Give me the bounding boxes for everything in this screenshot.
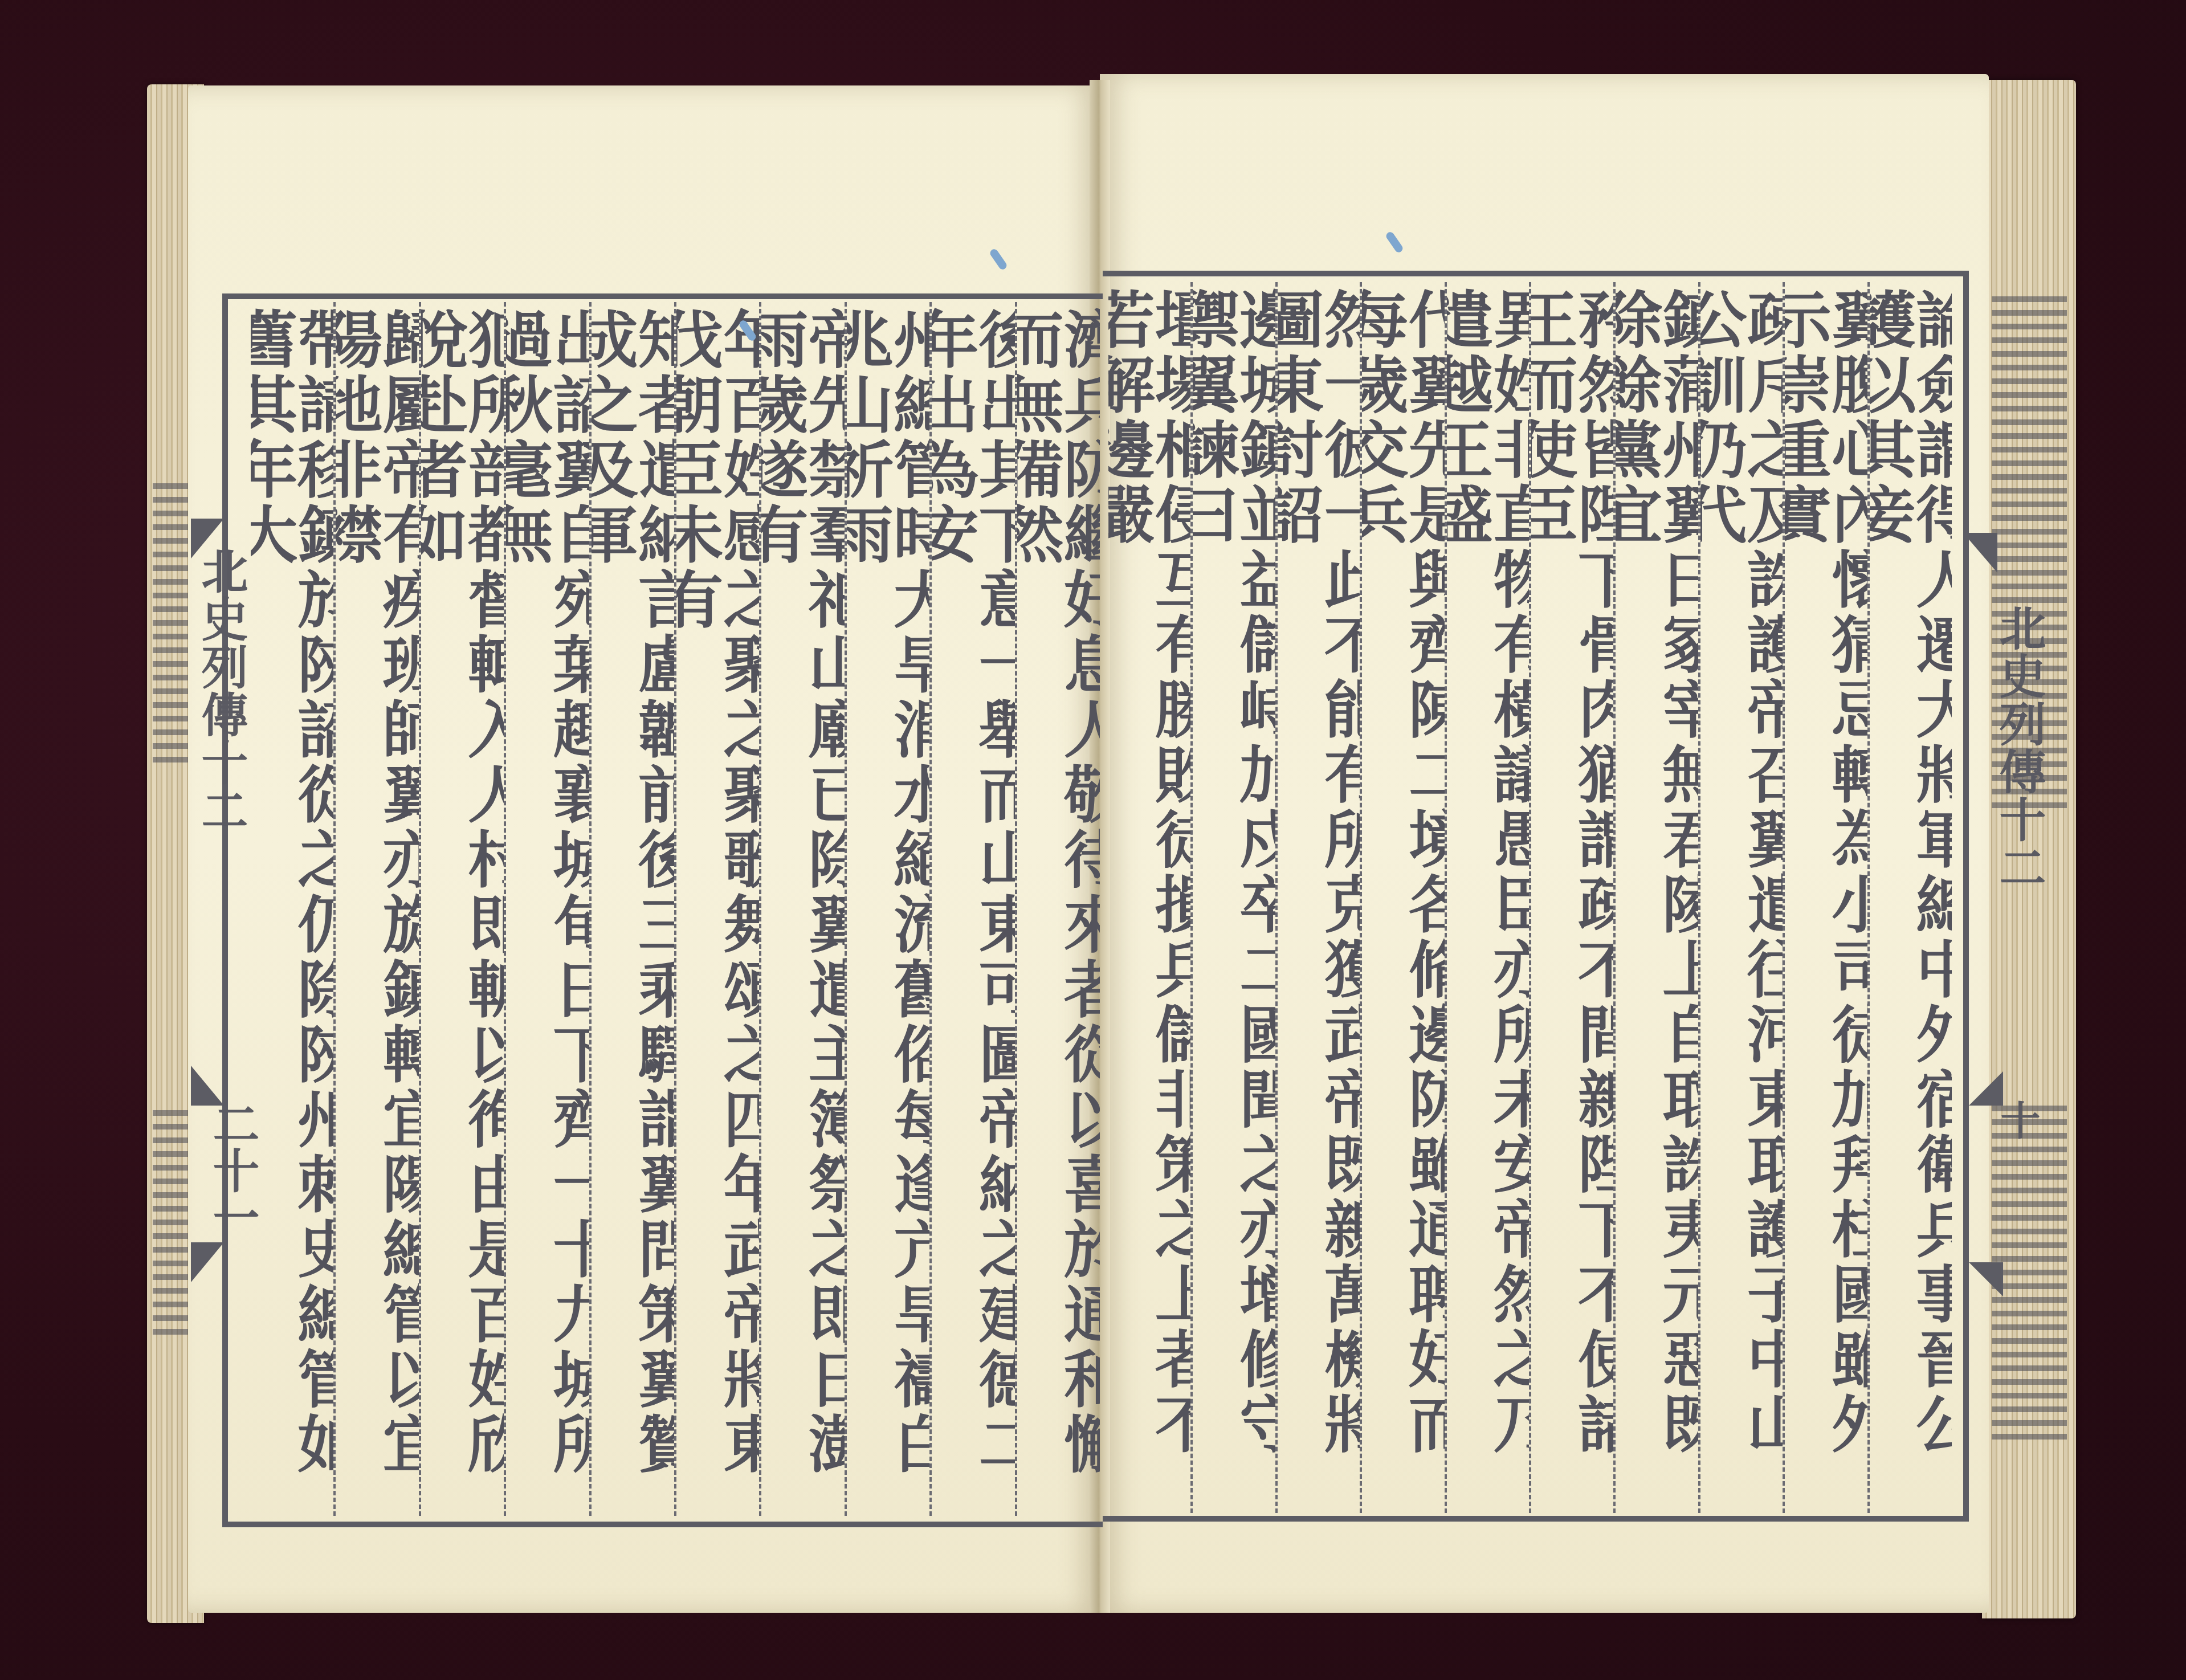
text-column: 出詔翼自宛葉趣襄城旬日下齊一十九城所過秋毫無 [504,302,589,1516]
right-page-number: 十 [1989,1100,2046,1140]
text-column: 然一彼一此不能有所克獲武帝既親萬機將圖東討詔 [1275,282,1360,1513]
text-column: 知者遣納言盧韞前後三乘驛詣翼問策翼贊成之及軍 [589,302,674,1516]
text-column: 濟兵防繼好息人敬待來者從以喜於通和懈而無備然 [1015,302,1100,1516]
text-column: 論僉謂得人遷大將軍總中外宿衛兵事晉公護以其妾 [1867,282,1952,1513]
text-column: 後出其下意一舉而山東可圖帝納之建德二年出為安 [929,302,1014,1516]
right-page-text-columns: 論僉謂得人遷大將軍總中外宿衛兵事晉公護以其妾 翼腹心內懷猜忌轉為小司徒加拜柱國雖… [1108,282,1952,1513]
left-margin-title: 北史列傳十二 [188,547,255,834]
text-column: 代翼先是與齊陳二境各脩邊防雖通聘好而每歲交兵 [1360,282,1444,1513]
text-column: 帝先禁羣祀山廟已除翼遣主簿祭之即日澍雨歲遂有 [759,302,844,1516]
text-column: 歸屬帝有疾班師翼亦旋鎮轉宜陽總管以宜陽地非襟 [333,302,418,1516]
text-column: 異姓非直物有橫議愚臣亦所未安帝然之乃遣越王盛 [1445,282,1529,1513]
text-column: 邊城鎮並益儲峙加戍卒二國聞之亦增修守禦翼諫曰 [1190,282,1275,1513]
text-column: 疎斥之及誅護帝召翼遣往河東取護子中山公訓仍代 [1698,282,1783,1513]
left-page-text-columns: 濟兵防繼好息人敬待來者從以喜於通和懈而無備然 後出其下意一舉而山東可圖帝納之建德… [251,302,1100,1516]
fishtail-mark-icon [1969,1262,2003,1296]
right-margin-title: 北史列傳十二 [1986,604,2053,891]
text-column: 鎮蒲州翼曰冢宰無君陵上自取誅夷元惡既除餘黨宜 [1613,282,1698,1513]
text-column: 翼腹心內懷猜忌轉為小司徒加拜柱國雖外示崇重實 [1783,282,1867,1513]
fishtail-mark-icon [191,1242,224,1282]
fishtail-mark-icon [1963,533,1997,573]
text-column: 壃場相侵互有勝敗徒損兵儲非策之上者不若解邊嚴 [1108,282,1190,1513]
text-column: 帶請移鎮於陝詔從之仍除陝州刺史總管如舊其年大 [251,302,333,1516]
text-column: 年百姓感之聚之聚歌舞頌之四年武帝將東伐朝臣未有 [674,302,759,1516]
text-column: 州總管時大旱涓水絕流舊俗每逢亢旱禱白兆山祈雨 [845,302,929,1516]
text-column: 矜然皆陛下骨肉猶謂疎不間親陛下不使諸王而使臣 [1529,282,1613,1513]
text-column: 犯所部都督輒入人村即斬以徇由是百姓欣悅赴者如 [419,302,504,1516]
